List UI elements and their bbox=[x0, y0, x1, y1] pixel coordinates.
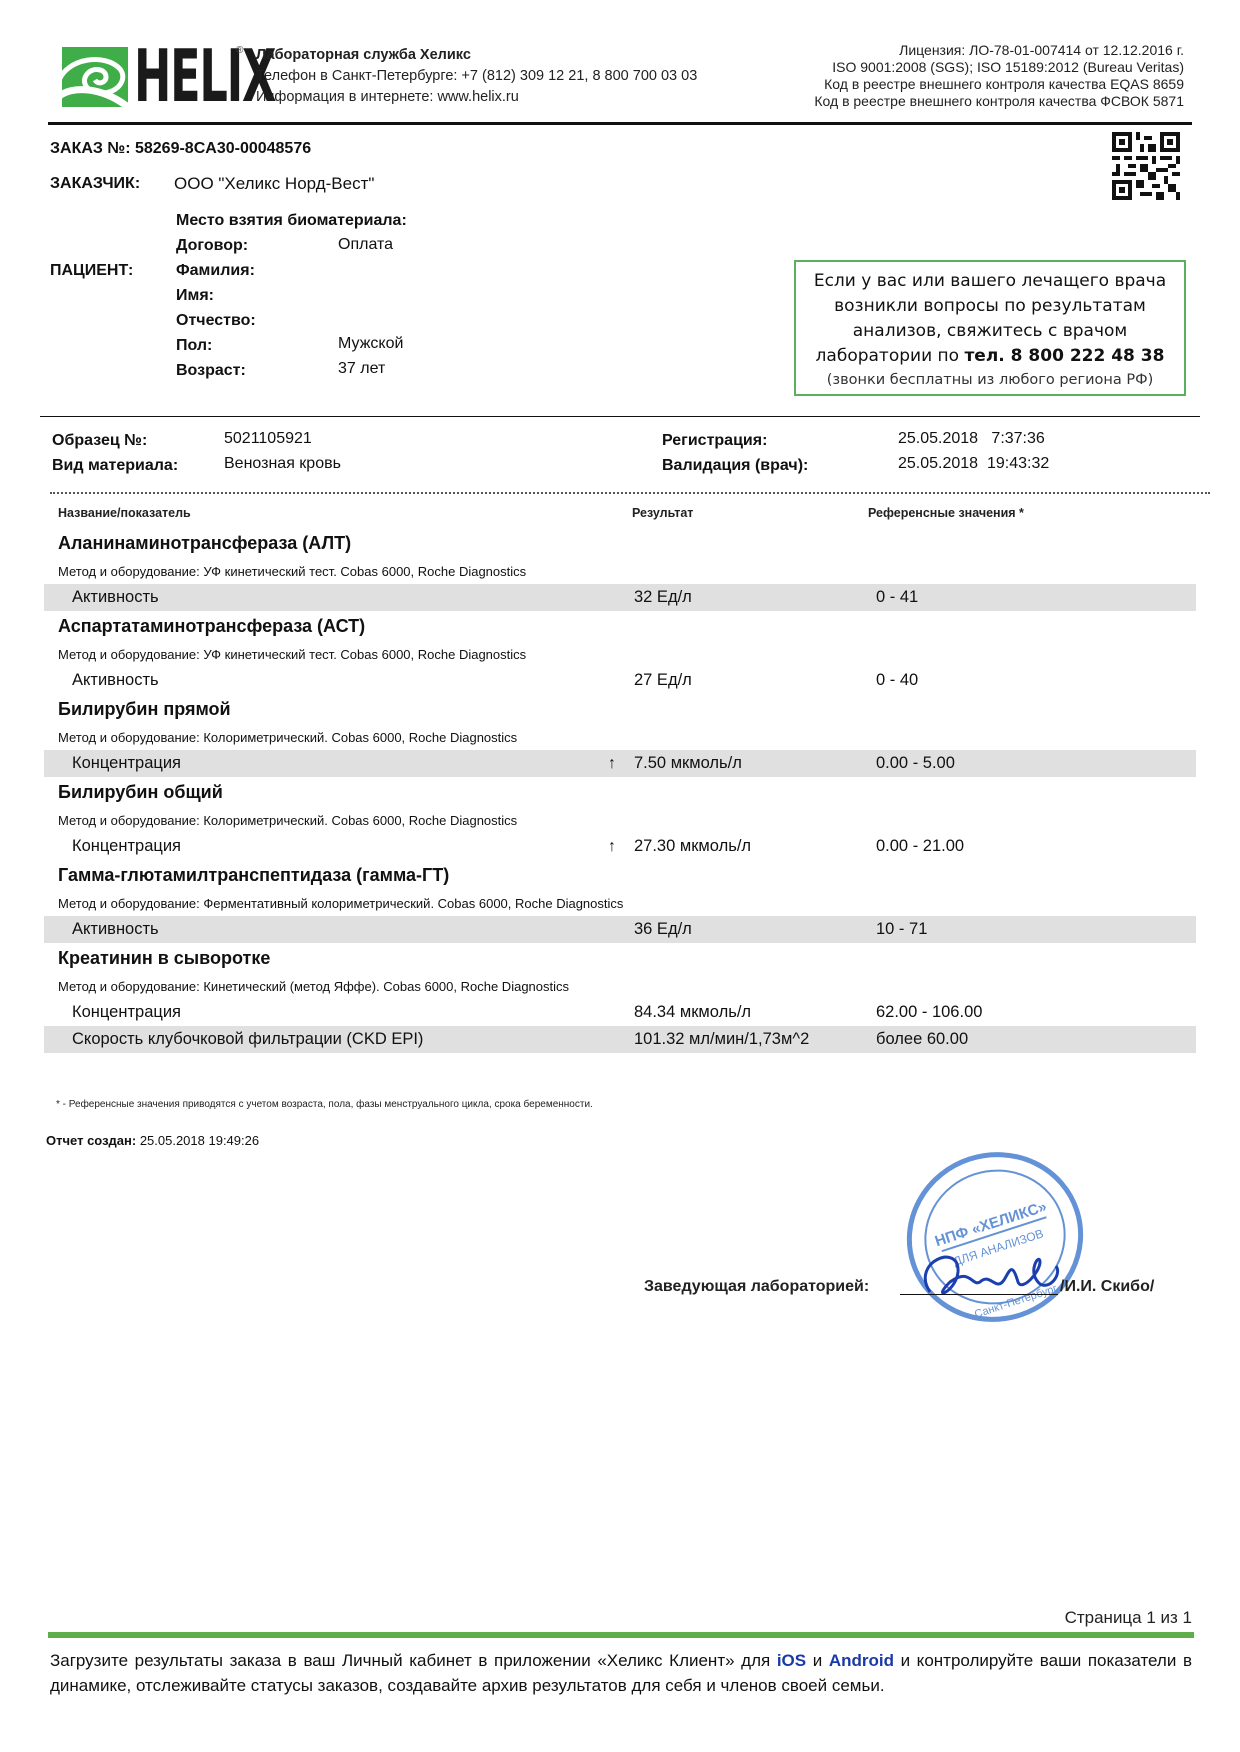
section-divider bbox=[40, 416, 1200, 417]
brand-wordmark: HELIX bbox=[134, 38, 275, 114]
parameter-name: Концентрация bbox=[72, 750, 181, 777]
sample-number-value: 5021105921 bbox=[224, 430, 312, 448]
reference-range: 0 - 41 bbox=[876, 584, 918, 611]
parameter-name: Активность bbox=[72, 584, 159, 611]
result-value: 27.30 мкмоль/л bbox=[634, 833, 751, 860]
reference-footnote: * - Референсные значения приводятся с уч… bbox=[56, 1099, 593, 1110]
test-name: Креатинин в сыворотке bbox=[44, 943, 1196, 977]
field-sex-value: Мужской bbox=[338, 335, 403, 353]
test-name: Аланинаминотрансфераза (АЛТ) bbox=[44, 528, 1196, 562]
result-row: Концентрация↑27.30 мкмоль/л0.00 - 21.00 bbox=[44, 833, 1196, 860]
field-contract-label: Договор: bbox=[176, 237, 248, 255]
result-value: 32 Ед/л bbox=[634, 584, 692, 611]
result-row: Активность27 Ед/л0 - 40 bbox=[44, 667, 1196, 694]
test-name: Аспартатаминотрансфераза (АСТ) bbox=[44, 611, 1196, 645]
notice-text: лаборатории по bbox=[816, 346, 965, 366]
reference-range: 0 - 40 bbox=[876, 667, 918, 694]
field-age-value: 37 лет bbox=[338, 360, 385, 378]
result-row: Активность36 Ед/л10 - 71 bbox=[44, 916, 1196, 943]
signature-label: Заведующая лабораторией: bbox=[644, 1278, 869, 1296]
result-value: 7.50 мкмоль/л bbox=[634, 750, 742, 777]
parameter-name: Концентрация bbox=[72, 999, 181, 1026]
result-row: Концентрация↑7.50 мкмоль/л0.00 - 5.00 bbox=[44, 750, 1196, 777]
license-line: ISO 9001:2008 (SGS); ISO 15189:2012 (Bur… bbox=[814, 59, 1184, 76]
reference-range: 10 - 71 bbox=[876, 916, 927, 943]
license-block: Лицензия: ЛО-78-01-007414 от 12.12.2016 … bbox=[814, 42, 1184, 110]
test-method: Метод и оборудование: Колориметрический.… bbox=[44, 728, 1196, 750]
license-line: Код в реестре внешнего контроля качества… bbox=[814, 76, 1184, 93]
result-row: Концентрация84.34 мкмоль/л62.00 - 106.00 bbox=[44, 999, 1196, 1026]
footer-divider bbox=[48, 1632, 1194, 1638]
lab-phone: Телефон в Санкт-Петербурге: +7 (812) 309… bbox=[256, 66, 697, 87]
parameter-name: Активность bbox=[72, 916, 159, 943]
helix-logo-icon bbox=[62, 47, 128, 107]
lab-title: Лабораторная служба Хеликс bbox=[256, 45, 697, 66]
reference-range: 0.00 - 5.00 bbox=[876, 750, 955, 777]
doctor-contact-notice: Если у вас или вашего лечащего врача воз… bbox=[794, 260, 1186, 396]
header-divider bbox=[48, 122, 1192, 125]
report-created: Отчет создан: 25.05.2018 19:49:26 bbox=[46, 1133, 259, 1148]
field-age-label: Возраст: bbox=[176, 362, 246, 380]
registered-mark: ® bbox=[236, 45, 243, 56]
page-number: Страница 1 из 1 bbox=[1065, 1608, 1192, 1628]
result-value: 101.32 мл/мин/1,73м^2 bbox=[634, 1026, 809, 1053]
promo-text: Загрузите результаты заказа в ваш Личный… bbox=[50, 1651, 777, 1670]
results-table: Аланинаминотрансфераза (АЛТ)Метод и обор… bbox=[44, 528, 1196, 1053]
report-created-value: 25.05.2018 19:49:26 bbox=[140, 1133, 259, 1148]
ios-link[interactable]: iOS bbox=[777, 1651, 806, 1670]
result-value: 27 Ед/л bbox=[634, 667, 692, 694]
field-patronymic-label: Отчество: bbox=[176, 312, 256, 330]
field-surname-label: Фамилия: bbox=[176, 262, 255, 280]
parameter-name: Концентрация bbox=[72, 833, 181, 860]
result-value: 84.34 мкмоль/л bbox=[634, 999, 751, 1026]
column-header-reference: Референсные значения * bbox=[868, 506, 1024, 520]
notice-note: (звонки бесплатны из любого региона РФ) bbox=[796, 369, 1184, 391]
high-flag-icon: ↑ bbox=[608, 833, 616, 860]
validation-label: Валидация (врач): bbox=[662, 457, 808, 475]
notice-line: Если у вас или вашего лечащего врача bbox=[796, 269, 1184, 294]
field-sex-label: Пол: bbox=[176, 337, 212, 355]
signature-name: /И.И. Скибо/ bbox=[1060, 1278, 1154, 1296]
material-label: Вид материала: bbox=[52, 457, 178, 475]
field-name-label: Имя: bbox=[176, 287, 214, 305]
test-name: Билирубин прямой bbox=[44, 694, 1196, 728]
result-row: Скорость клубочковой фильтрации (CKD EPI… bbox=[44, 1026, 1196, 1053]
lab-info: Лабораторная служба Хеликс Телефон в Сан… bbox=[256, 45, 697, 108]
notice-line: анализов, свяжитесь с врачом bbox=[796, 319, 1184, 344]
notice-line: возникли вопросы по результатам bbox=[796, 294, 1184, 319]
parameter-name: Скорость клубочковой фильтрации (CKD EPI… bbox=[72, 1026, 423, 1053]
license-line: Код в реестре внешнего контроля качества… bbox=[814, 93, 1184, 110]
test-method: Метод и оборудование: Ферментативный кол… bbox=[44, 894, 1196, 916]
test-method: Метод и оборудование: УФ кинетический те… bbox=[44, 562, 1196, 584]
app-promo: Загрузите результаты заказа в ваш Личный… bbox=[50, 1648, 1192, 1698]
validation-value: 25.05.2018 19:43:32 bbox=[898, 455, 1049, 473]
qr-code-icon bbox=[1112, 132, 1180, 200]
report-created-label: Отчет создан: bbox=[46, 1133, 136, 1148]
lab-stamp-icon: НПФ «ХЕЛИКС» ДЛЯ АНАЛИЗОВ Санкт-Петербур… bbox=[900, 1142, 1090, 1332]
result-value: 36 Ед/л bbox=[634, 916, 692, 943]
promo-text: и bbox=[806, 1651, 829, 1670]
reference-range: 62.00 - 106.00 bbox=[876, 999, 982, 1026]
order-number-value: 58269-8CA30-00048576 bbox=[135, 140, 311, 157]
parameter-name: Активность bbox=[72, 667, 159, 694]
registration-label: Регистрация: bbox=[662, 432, 767, 450]
field-biomaterial-site-label: Место взятия биоматериала: bbox=[176, 212, 407, 230]
dotted-divider bbox=[50, 492, 1210, 494]
test-method: Метод и оборудование: Кинетический (мето… bbox=[44, 977, 1196, 999]
material-value: Венозная кровь bbox=[224, 455, 341, 473]
signature-line bbox=[900, 1294, 1058, 1295]
notice-line: лаборатории по тел. 8 800 222 48 38 bbox=[796, 344, 1184, 369]
reference-range: 0.00 - 21.00 bbox=[876, 833, 964, 860]
android-link[interactable]: Android bbox=[829, 1651, 894, 1670]
license-line: Лицензия: ЛО-78-01-007414 от 12.12.2016 … bbox=[814, 42, 1184, 59]
field-contract-value: Оплата bbox=[338, 236, 393, 254]
customer-value: ООО "Хеликс Норд-Вест" bbox=[174, 174, 374, 194]
sample-number-label: Образец №: bbox=[52, 432, 147, 450]
test-method: Метод и оборудование: Колориметрический.… bbox=[44, 811, 1196, 833]
test-method: Метод и оборудование: УФ кинетический те… bbox=[44, 645, 1196, 667]
reference-range: более 60.00 bbox=[876, 1026, 968, 1053]
order-number-label: ЗАКАЗ №: bbox=[50, 140, 131, 157]
lab-website[interactable]: Информация в интернете: www.helix.ru bbox=[256, 87, 697, 108]
notice-phone: тел. 8 800 222 48 38 bbox=[964, 346, 1164, 366]
customer-label: ЗАКАЗЧИК: bbox=[50, 175, 140, 193]
patient-label: ПАЦИЕНТ: bbox=[50, 262, 133, 280]
test-name: Билирубин общий bbox=[44, 777, 1196, 811]
registration-value: 25.05.2018 7:37:36 bbox=[898, 430, 1045, 448]
order-number: ЗАКАЗ №: 58269-8CA30-00048576 bbox=[50, 140, 311, 158]
column-header-name: Название/показатель bbox=[58, 506, 191, 520]
test-name: Гамма-глютамилтранспептидаза (гамма-ГТ) bbox=[44, 860, 1196, 894]
high-flag-icon: ↑ bbox=[608, 750, 616, 777]
result-row: Активность32 Ед/л0 - 41 bbox=[44, 584, 1196, 611]
column-header-result: Результат bbox=[632, 506, 693, 520]
